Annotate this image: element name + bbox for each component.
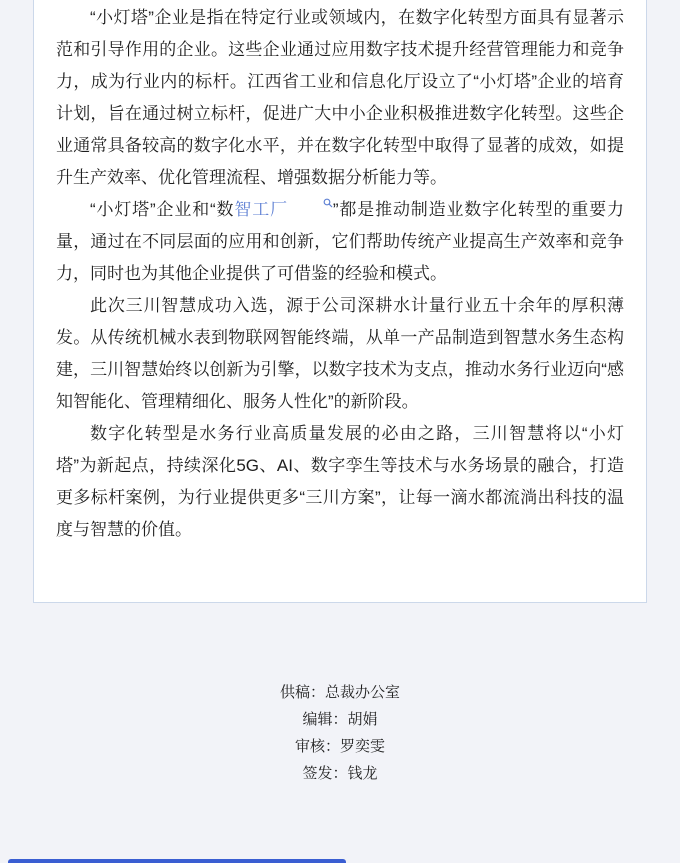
credit-contributor: 供稿：总裁办公室 <box>0 679 680 706</box>
article-page: “小灯塔”企业是指在特定行业或领域内，在数字化转型方面具有显著示范和引导作用的企… <box>0 0 680 863</box>
search-icon[interactable] <box>289 198 333 208</box>
paragraph-4: 数字化转型是水务行业高质量发展的必由之路，三川智慧将以“小灯塔”为新起点，持续深… <box>56 418 624 546</box>
credit-editor: 编辑：胡娟 <box>0 706 680 733</box>
paragraph-2: “小灯塔”企业和“数智工厂”都是推动制造业数字化转型的重要力量，通过在不同层面的… <box>56 194 624 290</box>
paragraph-3: 此次三川智慧成功入选，源于公司深耕水计量行业五十余年的厚积薄发。从传统机械水表到… <box>56 290 624 418</box>
credit-issuer: 签发：钱龙 <box>0 760 680 787</box>
credits-block: 供稿：总裁办公室 编辑：胡娟 审核：罗奕雯 签发：钱龙 <box>0 679 680 787</box>
search-term-link[interactable]: 智工厂 <box>234 200 333 219</box>
article-card: “小灯塔”企业是指在特定行业或领域内，在数字化转型方面具有显著示范和引导作用的企… <box>33 0 647 603</box>
paragraph-2-text-before: “小灯塔”企业和“数 <box>90 200 234 219</box>
paragraph-1: “小灯塔”企业是指在特定行业或领域内，在数字化转型方面具有显著示范和引导作用的企… <box>56 2 624 194</box>
search-term-text[interactable]: 智工厂 <box>234 200 288 219</box>
bottom-blue-bar <box>8 859 346 863</box>
credit-reviewer: 审核：罗奕雯 <box>0 733 680 760</box>
